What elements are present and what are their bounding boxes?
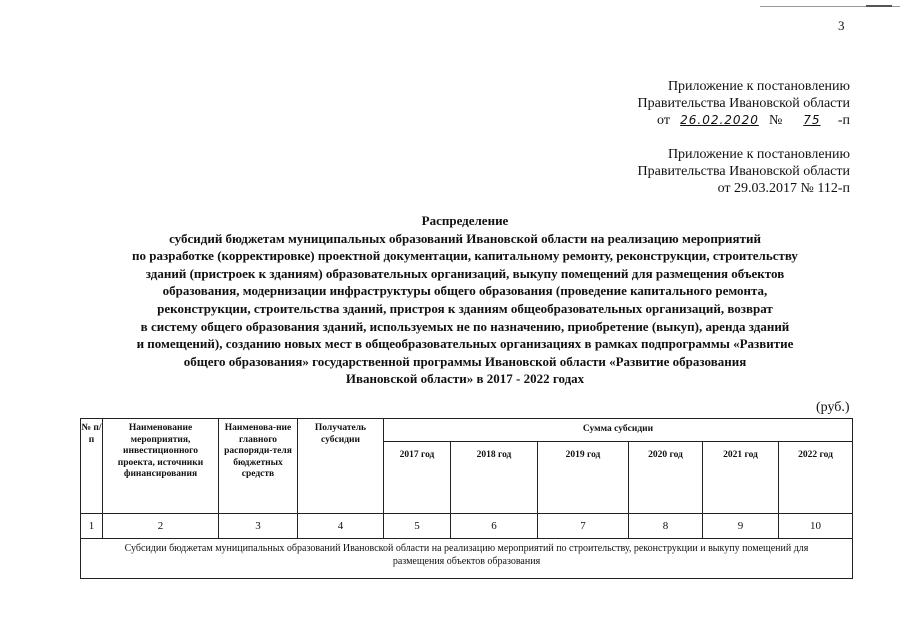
currency-unit-label: (руб.) [816, 400, 850, 416]
title-line: по разработке (корректировке) проектной … [70, 247, 860, 265]
column-number: 5 [384, 514, 451, 539]
column-number: 10 [779, 514, 853, 539]
header-event: Наименование мероприятия, инвестиционног… [103, 419, 219, 514]
title-line: субсидий бюджетам муниципальных образова… [70, 230, 860, 248]
distribution-table: № п/п Наименование мероприятия, инвестиц… [80, 418, 853, 579]
annex-prefix: от [657, 113, 670, 128]
column-number: 1 [81, 514, 103, 539]
header-year-2022: 2022 год [779, 442, 853, 514]
title-line: реконструкции, строительства зданий, при… [70, 300, 860, 318]
handwritten-date: 26.02.2020 [673, 112, 765, 129]
column-number: 6 [451, 514, 538, 539]
annex-header-original: Приложение к постановлению Правительства… [638, 146, 850, 197]
title-line: зданий (пристроек к зданиям) образовател… [70, 265, 860, 283]
annex-orig-line-3: от 29.03.2017 № 112-п [638, 180, 850, 197]
title-heading: Распределение [70, 212, 860, 230]
title-line: в систему общего образования зданий, исп… [70, 318, 860, 336]
column-number: 7 [538, 514, 629, 539]
header-recipient: Получатель субсидии [298, 419, 384, 514]
column-number: 3 [219, 514, 298, 539]
column-number-row: 1 2 3 4 5 6 7 8 9 10 [81, 514, 853, 539]
annex-suffix: -п [838, 113, 850, 128]
annex-orig-line-2: Правительства Ивановской области [638, 163, 850, 180]
number-sign: № [769, 113, 782, 128]
column-number: 2 [103, 514, 219, 539]
header-year-2020: 2020 год [629, 442, 703, 514]
header-manager: Наименова-ние главного распоряди-теля бю… [219, 419, 298, 514]
handwritten-number: 75 [786, 112, 838, 129]
title-line: образования, модернизации инфраструктуры… [70, 282, 860, 300]
scan-artifact-line [760, 6, 900, 7]
annex-orig-line-1: Приложение к постановлению [638, 146, 850, 163]
header-num: № п/п [81, 419, 103, 514]
header-year-2017: 2017 год [384, 442, 451, 514]
title-line: и помещений), созданию новых мест в обще… [70, 335, 860, 353]
title-line: Ивановской области» в 2017 - 2022 годах [70, 370, 860, 388]
header-sum-group: Сумма субсидии [384, 419, 853, 442]
annex-header-current: Приложение к постановлению Правительства… [638, 78, 850, 129]
annex-line-2: Правительства Ивановской области [638, 95, 850, 112]
header-year-2018: 2018 год [451, 442, 538, 514]
annex-line-1: Приложение к постановлению [638, 78, 850, 95]
header-year-2019: 2019 год [538, 442, 629, 514]
header-year-2021: 2021 год [703, 442, 779, 514]
section-row: Субсидии бюджетам муниципальных образова… [81, 539, 853, 579]
column-number: 9 [703, 514, 779, 539]
annex-date-line: от 26.02.2020 № 75-п [638, 112, 850, 129]
document-title: Распределение субсидий бюджетам муниципа… [70, 212, 860, 388]
page-number: 3 [838, 18, 845, 34]
column-number: 8 [629, 514, 703, 539]
title-line: общего образования» государственной прог… [70, 353, 860, 371]
column-number: 4 [298, 514, 384, 539]
header-row-top: № п/п Наименование мероприятия, инвестиц… [81, 419, 853, 442]
section-title: Субсидии бюджетам муниципальных образова… [81, 539, 853, 579]
